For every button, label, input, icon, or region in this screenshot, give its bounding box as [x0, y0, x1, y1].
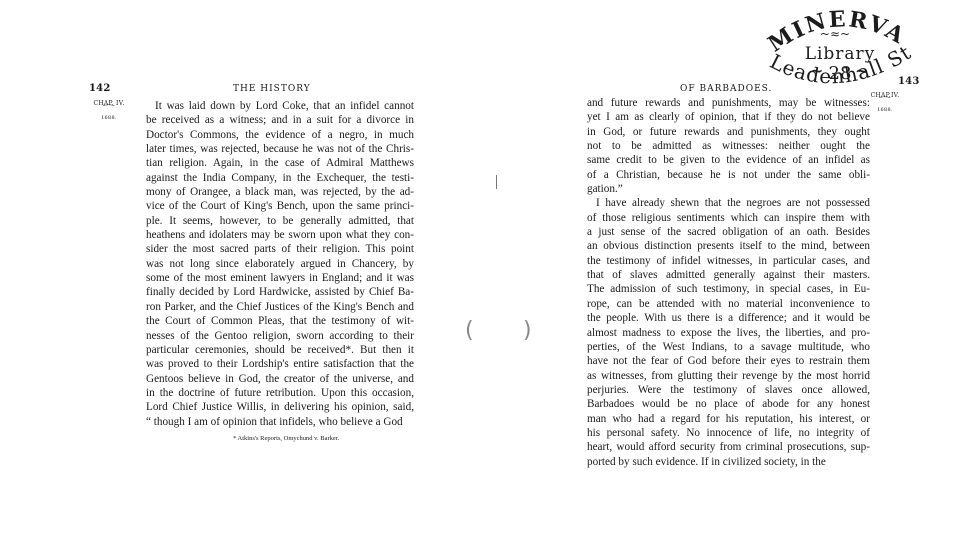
svg-text:~≈~: ~≈~ [820, 27, 850, 41]
text-line: heart, would afford security from crimin… [587, 440, 870, 454]
text-line: was proved to their Lordship's entire sa… [146, 357, 414, 371]
text-line: in God, or future rewards and punishment… [587, 125, 870, 139]
text-line: the Court of Common Pleas, that the test… [146, 314, 414, 328]
text-line: “ though I am of opinion that infidels, … [146, 415, 414, 429]
text-line: yet I am as clearly of opinion, that if … [587, 110, 870, 124]
text-line: a just sense of the sacred obligation of… [587, 225, 870, 239]
text-line: almost madness to expose the lives, the … [587, 326, 870, 340]
text-line: rope, can be attended with no material i… [587, 297, 870, 311]
text-line: Gentoos believe in God, the creator of t… [146, 372, 414, 386]
text-line: perjuries. Were the testimony of slaves … [587, 383, 870, 397]
text-line: same credit to be given to the evidence … [587, 153, 870, 167]
text-line: Doctor's Commons, the evidence of a negr… [146, 128, 414, 142]
text-line: some of the most eminent lawyers in Engl… [146, 271, 414, 285]
text-line: nesses of the Gentoo religion, sworn acc… [146, 329, 414, 343]
text-line: of those religious sentiments which can … [587, 211, 870, 225]
text-line: the testimony of infidel witnesses, in p… [587, 254, 870, 268]
right-body-text: and future rewards and punishments, may … [587, 96, 870, 469]
margin-note: CHAP. IV. ⁀ 1688. [88, 100, 130, 122]
page-number: 142 [89, 83, 110, 94]
left-body-text: It was laid down by Lord Coke, that an i… [146, 99, 414, 429]
text-line: against the India Company, in the Excheq… [146, 171, 414, 185]
brace-ornament: ⁀ [75, 108, 142, 112]
text-line: The admission of such testimony, in spec… [587, 282, 870, 296]
text-line: his personal safety. No innocence of lif… [587, 426, 870, 440]
text-line: man who had a regard for his reputation,… [587, 412, 870, 426]
text-line: Lord Chief Justice Willis, in delivering… [146, 400, 414, 414]
footnote: * Atkins's Reports, Omychund v. Barker. [233, 435, 339, 442]
text-line: vice of the Court of King's Bench, upon … [146, 199, 414, 213]
text-line: sider the most sacred parts of their rel… [146, 242, 414, 256]
text-line: and future rewards and punishments, may … [587, 96, 870, 110]
text-line: tian religion. Again, in the case of Adm… [146, 156, 414, 170]
text-line: particular ceremonies, should be receive… [146, 343, 414, 357]
left-page: 142 THE HISTORY CHAP. IV. ⁀ 1688. It was… [0, 0, 490, 550]
text-line: perties, of the West Indians, to a savag… [587, 340, 870, 354]
text-line: heathens and idolaters may be sworn upon… [146, 228, 414, 242]
text-line: ple. It seems, however, to be generally … [146, 214, 414, 228]
year-label: 1688. [88, 114, 130, 122]
text-line: be received as a witness; and in a suit … [146, 113, 414, 127]
text-line: ron Parker, and the Chief Justices of th… [146, 300, 414, 314]
text-line: ported by such evidence. If in civilized… [587, 455, 870, 469]
text-line: was not long since elaborately argued in… [146, 257, 414, 271]
library-stamp: MINERVA ~≈~ Library 28 ~ ~ Leadenhall St [752, 2, 937, 98]
text-line: later times, was rejected, because he wa… [146, 142, 414, 156]
text-line: finally decided by Lord Hardwicke, assis… [146, 285, 414, 299]
text-line: that of slaves admitted generally agains… [587, 268, 870, 282]
text-line: It was laid down by Lord Coke, that an i… [146, 99, 414, 113]
text-line: not to be admitted as witnesses: neither… [587, 139, 870, 153]
text-line: I have already shewn that the negroes ar… [587, 196, 870, 210]
text-line: as witnesses, from glutting their reveng… [587, 369, 870, 383]
text-line: have not the fear of God before their ey… [587, 354, 870, 368]
text-line: an obvious distinction presents itself t… [587, 239, 870, 253]
left-bracket-mark: ( [465, 318, 474, 343]
text-line: the people. With us there is a differenc… [587, 311, 870, 325]
text-line: in the doctrine of future retribution. U… [146, 386, 414, 400]
running-head: THE HISTORY [233, 84, 311, 94]
text-line: of a Christian, because he is not under … [587, 168, 870, 182]
text-line: mony of Orangee, a black man, was reject… [146, 185, 414, 199]
text-line: gation.” [587, 182, 870, 196]
text-line: Barbadoes would be no place of abode for… [587, 397, 870, 411]
